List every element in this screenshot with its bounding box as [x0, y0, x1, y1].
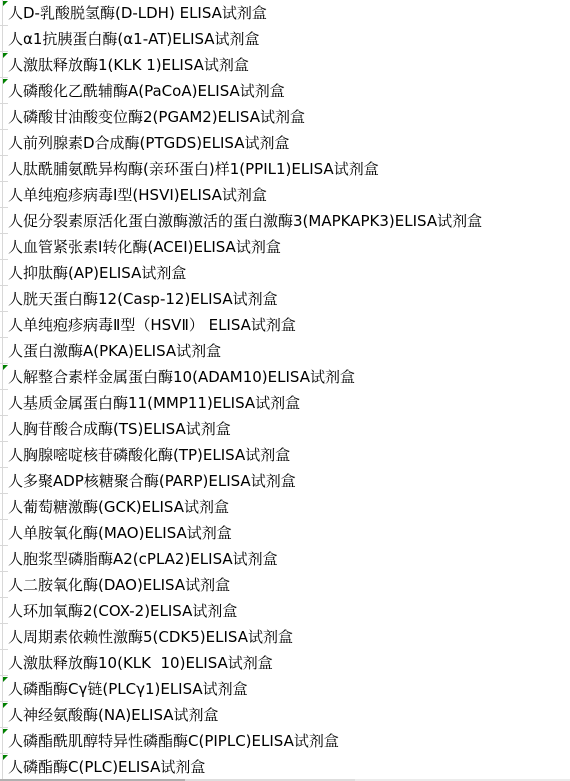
row-list: 人D-乳酸脱氢酶(D-LDH) ELISA试剂盒人α1抗胰蛋白酶(α1-AT)E… [0, 0, 570, 781]
cell-text: 人胱天蛋白酶12(Casp-12)ELISA试剂盒 [8, 286, 278, 312]
cell-text: 人二胺氧化酶(DAO)ELISA试剂盒 [8, 572, 230, 598]
cell-text: 人抑肽酶(AP)ELISA试剂盒 [8, 260, 186, 286]
spreadsheet-row[interactable]: 人α1抗胰蛋白酶(α1-AT)ELISA试剂盒 [0, 26, 570, 52]
cell-text: 人磷酸化乙酰辅酶A(PaCoA)ELISA试剂盒 [8, 78, 285, 104]
cell-text: 人D-乳酸脱氢酶(D-LDH) ELISA试剂盒 [8, 0, 267, 26]
cell-text: 人磷酯酶C(PLC)ELISA试剂盒 [8, 754, 205, 780]
spreadsheet-row[interactable]: 人磷酸化乙酰辅酶A(PaCoA)ELISA试剂盒 [0, 78, 570, 104]
cell-text: 人蛋白激酶A(PKA)ELISA试剂盒 [8, 338, 221, 364]
spreadsheet-row[interactable]: 人磷酸甘油酸变位酶2(PGAM2)ELISA试剂盒 [0, 104, 570, 130]
spreadsheet-row[interactable]: 人胞浆型磷脂酶A2(cPLA2)ELISA试剂盒 [0, 546, 570, 572]
spreadsheet-canvas: 人D-乳酸脱氢酶(D-LDH) ELISA试剂盒人α1抗胰蛋白酶(α1-AT)E… [0, 0, 570, 781]
cell-text: 人激肽释放酶1(KLK 1)ELISA试剂盒 [8, 52, 249, 78]
cell-text: 人磷酯酶Cγ链(PLCγ1)ELISA试剂盒 [8, 676, 248, 702]
spreadsheet-row[interactable]: 人二胺氧化酶(DAO)ELISA试剂盒 [0, 572, 570, 598]
spreadsheet-row[interactable]: 人基质金属蛋白酶11(MMP11)ELISA试剂盒 [0, 390, 570, 416]
cell-text: 人磷酸甘油酸变位酶2(PGAM2)ELISA试剂盒 [8, 104, 305, 130]
spreadsheet-row[interactable]: 人磷酯酶Cγ链(PLCγ1)ELISA试剂盒 [0, 676, 570, 702]
spreadsheet-row[interactable]: 人血管紧张素Ⅰ转化酶(ACEⅠ)ELISA试剂盒 [0, 234, 570, 260]
cell-text: 人肽酰脯氨酰异构酶(亲环蛋白)样1(PPIL1)ELISA试剂盒 [8, 156, 379, 182]
spreadsheet-row[interactable]: 人前列腺素D合成酶(PTGDS)ELISA试剂盒 [0, 130, 570, 156]
spreadsheet-row[interactable]: 人单纯疱疹病毒Ⅰ型(HSVⅠ)ELISA试剂盒 [0, 182, 570, 208]
cell-text: 人血管紧张素Ⅰ转化酶(ACEⅠ)ELISA试剂盒 [8, 234, 281, 260]
cell-text: 人环加氧酶2(COX-2)ELISA试剂盒 [8, 598, 237, 624]
cell-text: 人单纯疱疹病毒Ⅱ型（HSVⅡ） ELISA试剂盒 [8, 312, 296, 338]
cell-text: 人多聚ADP核糖聚合酶(PARP)ELISA试剂盒 [8, 468, 296, 494]
cell-text: 人单纯疱疹病毒Ⅰ型(HSVⅠ)ELISA试剂盒 [8, 182, 267, 208]
spreadsheet-row[interactable]: 人促分裂素原活化蛋白激酶激活的蛋白激酶3(MAPKAPK3)ELISA试剂盒 [0, 208, 570, 234]
spreadsheet-row[interactable]: 人蛋白激酶A(PKA)ELISA试剂盒 [0, 338, 570, 364]
spreadsheet-row[interactable]: 人单纯疱疹病毒Ⅱ型（HSVⅡ） ELISA试剂盒 [0, 312, 570, 338]
cell-text: 人胸腺嘧啶核苷磷酸化酶(TP)ELISA试剂盒 [8, 442, 290, 468]
cell-text: 人前列腺素D合成酶(PTGDS)ELISA试剂盒 [8, 130, 289, 156]
cell-text: 人单胺氧化酶(MAO)ELISA试剂盒 [8, 520, 232, 546]
cell-text: 人胸苷酸合成酶(TS)ELISA试剂盒 [8, 416, 231, 442]
spreadsheet-row[interactable]: 人解整合素样金属蛋白酶10(ADAM10)ELISA试剂盒 [0, 364, 570, 390]
spreadsheet-row[interactable]: 人单胺氧化酶(MAO)ELISA试剂盒 [0, 520, 570, 546]
spreadsheet-row[interactable]: 人葡萄糖激酶(GCK)ELISA试剂盒 [0, 494, 570, 520]
spreadsheet-row[interactable]: 人胱天蛋白酶12(Casp-12)ELISA试剂盒 [0, 286, 570, 312]
spreadsheet-row[interactable]: 人D-乳酸脱氢酶(D-LDH) ELISA试剂盒 [0, 0, 570, 26]
cell-text: 人周期素依赖性激酶5(CDK5)ELISA试剂盒 [8, 624, 293, 650]
cell-text: 人解整合素样金属蛋白酶10(ADAM10)ELISA试剂盒 [8, 364, 355, 390]
spreadsheet-row[interactable]: 人神经氨酸酶(NA)ELISA试剂盒 [0, 702, 570, 728]
spreadsheet-row[interactable]: 人肽酰脯氨酰异构酶(亲环蛋白)样1(PPIL1)ELISA试剂盒 [0, 156, 570, 182]
spreadsheet-row[interactable]: 人胸苷酸合成酶(TS)ELISA试剂盒 [0, 416, 570, 442]
cell-text: 人胞浆型磷脂酶A2(cPLA2)ELISA试剂盒 [8, 546, 278, 572]
cell-text: 人α1抗胰蛋白酶(α1-AT)ELISA试剂盒 [8, 26, 260, 52]
spreadsheet-row[interactable]: 人磷酯酰肌醇特异性磷酯酶C(PIPLC)ELISA试剂盒 [0, 728, 570, 754]
cell-text: 人激肽释放酶10(KLK 10)ELISA试剂盒 [8, 650, 273, 676]
spreadsheet-row[interactable]: 人激肽释放酶1(KLK 1)ELISA试剂盒 [0, 52, 570, 78]
spreadsheet-row[interactable]: 人胸腺嘧啶核苷磷酸化酶(TP)ELISA试剂盒 [0, 442, 570, 468]
spreadsheet-row[interactable]: 人多聚ADP核糖聚合酶(PARP)ELISA试剂盒 [0, 468, 570, 494]
spreadsheet-row[interactable]: 人环加氧酶2(COX-2)ELISA试剂盒 [0, 598, 570, 624]
cell-text: 人基质金属蛋白酶11(MMP11)ELISA试剂盒 [8, 390, 300, 416]
cell-text: 人促分裂素原活化蛋白激酶激活的蛋白激酶3(MAPKAPK3)ELISA试剂盒 [8, 208, 482, 234]
spreadsheet-row[interactable]: 人磷酯酶C(PLC)ELISA试剂盒 [0, 754, 570, 780]
cell-text: 人葡萄糖激酶(GCK)ELISA试剂盒 [8, 494, 229, 520]
cell-text: 人磷酯酰肌醇特异性磷酯酶C(PIPLC)ELISA试剂盒 [8, 728, 339, 754]
spreadsheet-row[interactable]: 人抑肽酶(AP)ELISA试剂盒 [0, 260, 570, 286]
spreadsheet-row[interactable]: 人周期素依赖性激酶5(CDK5)ELISA试剂盒 [0, 624, 570, 650]
cell-text: 人神经氨酸酶(NA)ELISA试剂盒 [8, 702, 219, 728]
spreadsheet-row[interactable]: 人激肽释放酶10(KLK 10)ELISA试剂盒 [0, 650, 570, 676]
